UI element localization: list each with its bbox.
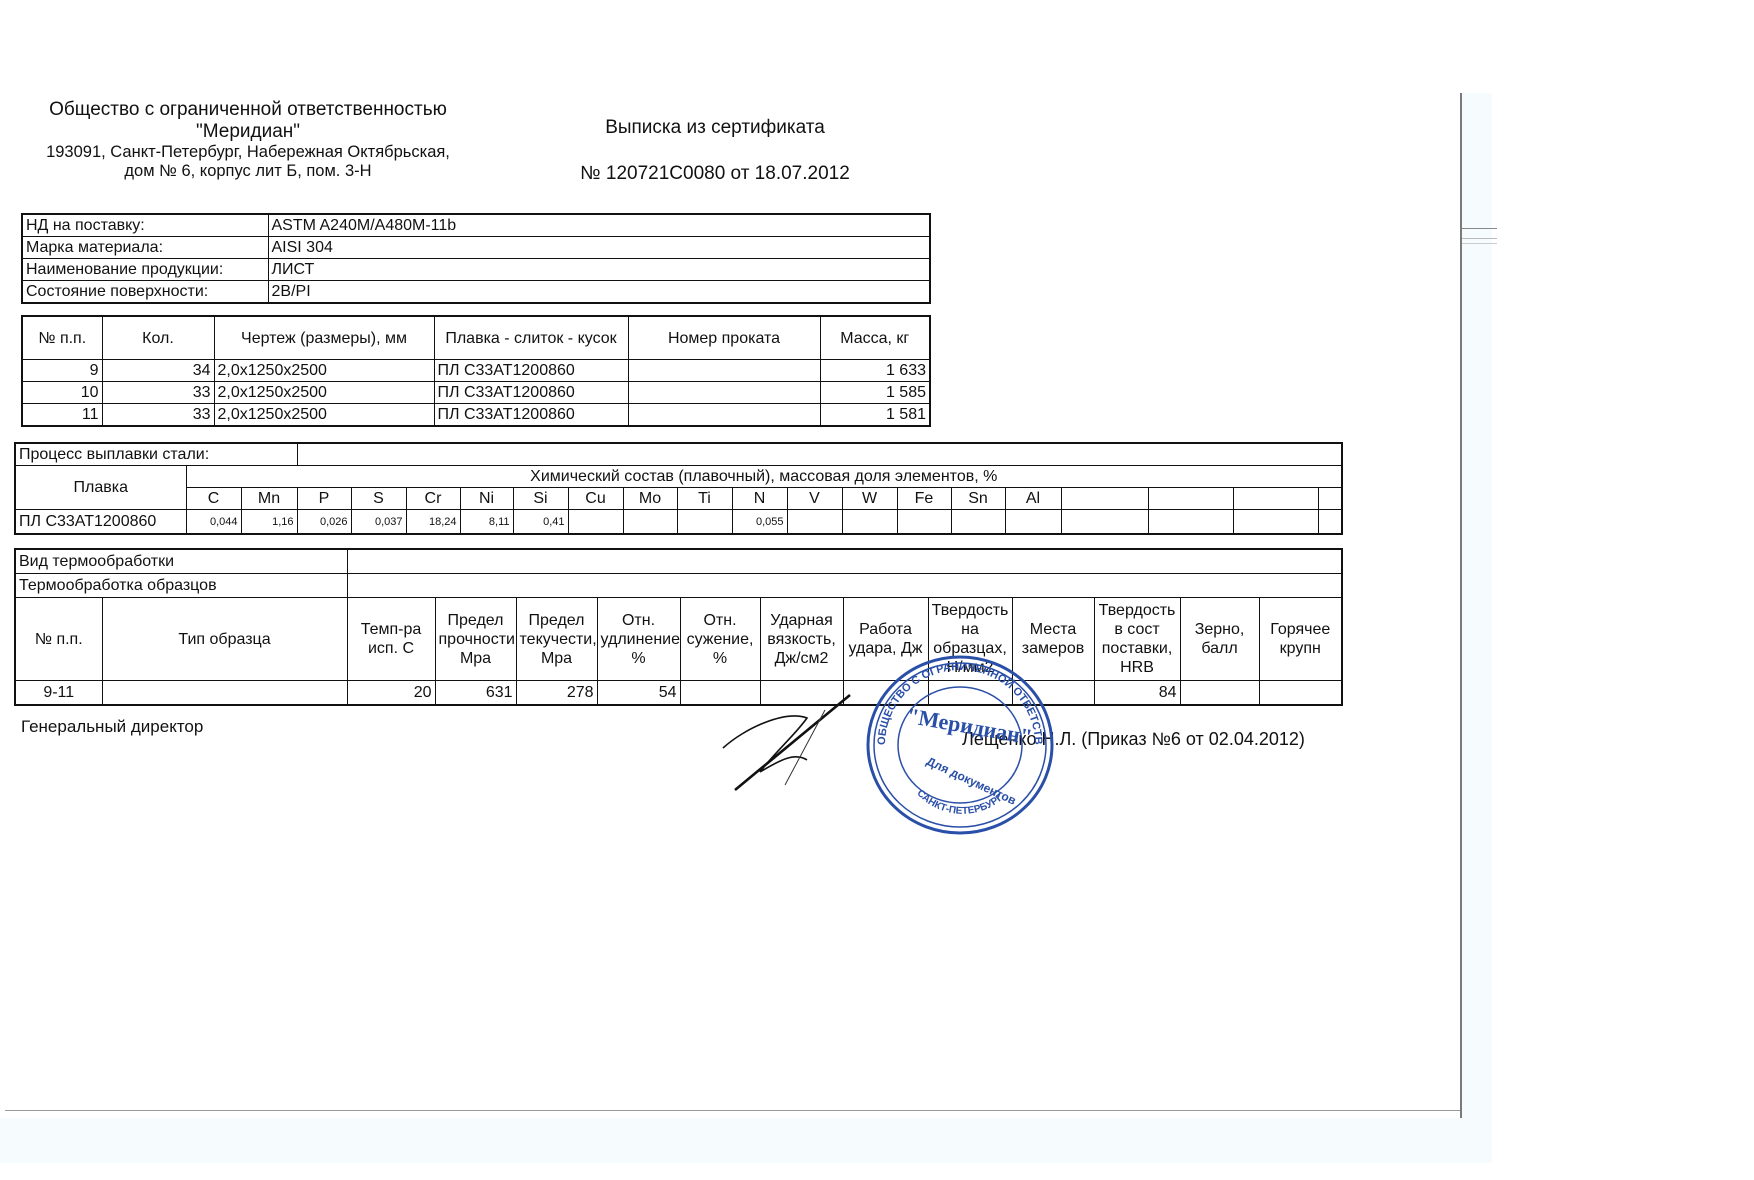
reduction-of-area (680, 681, 760, 706)
element-header: Mn (241, 488, 297, 510)
sample-hardness (928, 681, 1012, 706)
info-value: ЛИСТ (268, 259, 930, 281)
process-row: Процесс выплавки стали: (15, 443, 1342, 466)
element-header: V (787, 488, 842, 510)
item-no: 9 (22, 360, 102, 382)
element-header: N (732, 488, 787, 510)
element-value: 8,11 (460, 510, 513, 535)
sample-type (102, 681, 347, 706)
item-roll (628, 404, 820, 427)
treatment-type-label: Вид термообработки (15, 549, 347, 574)
info-row: НД на поставку:ASTM A240M/A480M-11b (22, 214, 930, 237)
scan-artifact (1462, 228, 1497, 229)
org-name-line2: "Меридиан" (22, 121, 474, 143)
table-row: 9-11 20 631 278 54 84 (15, 681, 1342, 706)
sample-treatment-row: Термообработка образцов (15, 574, 1342, 598)
element-value (623, 510, 677, 535)
measurement-locations (1012, 681, 1094, 706)
element-header: Si (513, 488, 568, 510)
table-row: 9 34 2,0x1250x2500 ПЛ С33АТ1200860 1 633 (22, 360, 930, 382)
item-mass: 1 585 (820, 382, 930, 404)
element-header (1318, 488, 1342, 510)
certificate-number: № 120721С0080 от 18.07.2012 (540, 163, 890, 185)
item-heat: ПЛ С33АТ1200860 (434, 382, 628, 404)
item-qty: 34 (102, 360, 214, 382)
table-row: ПЛ С33АТ1200860 0,044 1,16 0,026 0,037 1… (15, 510, 1342, 535)
info-value: 2B/PI (268, 281, 930, 304)
element-value (897, 510, 951, 535)
item-qty: 33 (102, 404, 214, 427)
element-header (1148, 488, 1233, 510)
element-value (951, 510, 1005, 535)
element-header: Cu (568, 488, 623, 510)
test-temperature: 20 (347, 681, 435, 706)
treatment-type-row: Вид термообработки (15, 549, 1342, 574)
process-value (297, 443, 1342, 466)
element-value: 0,41 (513, 510, 568, 535)
composition-header: Химический состав (плавочный), массовая … (186, 466, 1342, 488)
item-size: 2,0x1250x2500 (214, 382, 434, 404)
column-header: Ударная вязкость, Дж/см2 (760, 598, 843, 681)
element-value: 1,16 (241, 510, 297, 535)
element-value: 0,026 (297, 510, 351, 535)
column-header: Номер проката (628, 316, 820, 360)
element-header: Ti (677, 488, 732, 510)
items-table: № п.п. Кол. Чертеж (размеры), мм Плавка … (21, 315, 931, 427)
column-header: № п.п. (22, 316, 102, 360)
column-header: Предел текучести, Мра (516, 598, 597, 681)
element-value (787, 510, 842, 535)
item-mass: 1 581 (820, 404, 930, 427)
element-value: 0,055 (732, 510, 787, 535)
element-value (568, 510, 623, 535)
org-name-line1: Общество с ограниченной ответственностью (22, 99, 474, 121)
info-row: Состояние поверхности:2B/PI (22, 281, 930, 304)
column-header: № п.п. (15, 598, 102, 681)
items-header-row: № п.п. Кол. Чертеж (размеры), мм Плавка … (22, 316, 930, 360)
info-label: Наименование продукции: (22, 259, 268, 281)
column-header: Отн. удлинение, % (597, 598, 680, 681)
delivery-hardness-hrb: 84 (1094, 681, 1180, 706)
element-value (1061, 510, 1148, 535)
column-header: Горячее крупн (1259, 598, 1342, 681)
svg-text:САНКТ-ПЕТЕРБУРГ: САНКТ-ПЕТЕРБУРГ (915, 788, 1006, 817)
element-header: Sn (951, 488, 1005, 510)
item-mass: 1 633 (820, 360, 930, 382)
process-label: Процесс выплавки стали: (15, 443, 297, 466)
document-title: Выписка из сертификата (565, 117, 865, 139)
element-value: 0,037 (351, 510, 406, 535)
sample-treatment-label: Термообработка образцов (15, 574, 347, 598)
heat-header: Плавка (15, 466, 186, 510)
scan-artifact (1462, 238, 1497, 239)
org-address-line2: дом № 6, корпус лит Б, пом. 3-Н (22, 162, 474, 181)
element-header: Cr (406, 488, 460, 510)
item-size: 2,0x1250x2500 (214, 360, 434, 382)
element-header: P (297, 488, 351, 510)
element-header (1061, 488, 1148, 510)
handwritten-signature-icon (715, 690, 855, 800)
column-header: Твердость в сост поставки, HRB (1094, 598, 1180, 681)
column-header: Зерно, балл (1180, 598, 1259, 681)
hot-coarse (1259, 681, 1342, 706)
page-border (5, 1110, 1460, 1111)
info-row: Наименование продукции:ЛИСТ (22, 259, 930, 281)
element-value (1148, 510, 1233, 535)
signatory-name: Лещенко Н.Л. (Приказ №6 от 02.04.2012) (962, 729, 1305, 750)
element-header: Mo (623, 488, 677, 510)
scan-artifact (1462, 243, 1497, 244)
chemical-composition-table: Процесс выплавки стали: Плавка Химически… (14, 442, 1343, 535)
page-border (1460, 93, 1462, 1118)
column-header: Отн. сужение, % (680, 598, 760, 681)
svg-text:Для документов: Для документов (924, 754, 1018, 808)
product-info-table: НД на поставку:ASTM A240M/A480M-11b Марк… (21, 213, 931, 304)
info-value: ASTM A240M/A480M-11b (268, 214, 930, 237)
column-header: Плавка - слиток - кусок (434, 316, 628, 360)
item-qty: 33 (102, 382, 214, 404)
column-header: Масса, кг (820, 316, 930, 360)
info-label: Состояние поверхности: (22, 281, 268, 304)
info-label: НД на поставку: (22, 214, 268, 237)
element-value: 0,044 (186, 510, 241, 535)
page-edge-shadow (0, 1118, 1492, 1163)
organization-header: Общество с ограниченной ответственностью… (22, 99, 474, 181)
column-header: Предел прочности, Мра (435, 598, 516, 681)
column-header: Чертеж (размеры), мм (214, 316, 434, 360)
info-label: Марка материала: (22, 237, 268, 259)
element-value (1233, 510, 1318, 535)
item-roll (628, 382, 820, 404)
item-no: 10 (22, 382, 102, 404)
column-header: Темп-ра исп. С (347, 598, 435, 681)
yield-strength: 278 (516, 681, 597, 706)
element-header: C (186, 488, 241, 510)
item-heat: ПЛ С33АТ1200860 (434, 404, 628, 427)
column-header: Кол. (102, 316, 214, 360)
impact-toughness (760, 681, 843, 706)
table-row: 10 33 2,0x1250x2500 ПЛ С33АТ1200860 1 58… (22, 382, 930, 404)
page-edge-shadow (1462, 93, 1492, 1163)
elements-row: C Mn P S Cr Ni Si Cu Mo Ti N V W Fe Sn A… (15, 488, 1342, 510)
element-header: Al (1005, 488, 1061, 510)
properties-header-row: № п.п. Тип образца Темп-ра исп. С Предел… (15, 598, 1342, 681)
impact-energy (843, 681, 928, 706)
info-row: Марка материала:AISI 304 (22, 237, 930, 259)
treatment-type-value (347, 549, 1342, 574)
element-value (1005, 510, 1061, 535)
composition-header-row: Плавка Химический состав (плавочный), ма… (15, 466, 1342, 488)
element-header: S (351, 488, 406, 510)
mechanical-properties-table: Вид термообработки Термообработка образц… (14, 548, 1343, 706)
item-size: 2,0x1250x2500 (214, 404, 434, 427)
element-header (1233, 488, 1318, 510)
sample-range: 9-11 (15, 681, 102, 706)
elongation: 54 (597, 681, 680, 706)
column-header: Работа удара, Дж (843, 598, 928, 681)
element-value (1318, 510, 1342, 535)
item-roll (628, 360, 820, 382)
element-value: 18,24 (406, 510, 460, 535)
sample-treatment-value (347, 574, 1342, 598)
signatory-position: Генеральный директор (21, 717, 203, 737)
column-header: Твердость на образцах, Н/мм2 (928, 598, 1012, 681)
element-value (842, 510, 897, 535)
org-address-line1: 193091, Санкт-Петербург, Набережная Октя… (22, 143, 474, 162)
grain-size (1180, 681, 1259, 706)
column-header: Места замеров (1012, 598, 1094, 681)
table-row: 11 33 2,0x1250x2500 ПЛ С33АТ1200860 1 58… (22, 404, 930, 427)
item-no: 11 (22, 404, 102, 427)
element-header: Fe (897, 488, 951, 510)
element-header: W (842, 488, 897, 510)
info-value: AISI 304 (268, 237, 930, 259)
column-header: Тип образца (102, 598, 347, 681)
item-heat: ПЛ С33АТ1200860 (434, 360, 628, 382)
heat-id: ПЛ С33АТ1200860 (15, 510, 186, 535)
element-value (677, 510, 732, 535)
element-header: Ni (460, 488, 513, 510)
tensile-strength: 631 (435, 681, 516, 706)
